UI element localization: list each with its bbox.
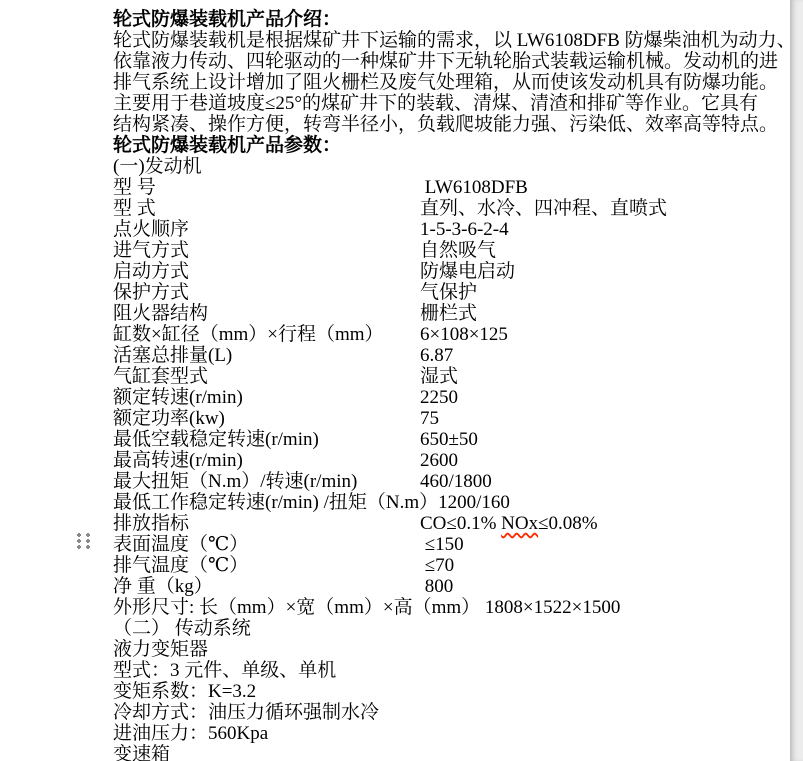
parameter-label: 最大扭矩（N.m）/转速(r/min) — [113, 471, 420, 492]
parameter-value: ≤150 — [420, 534, 464, 555]
parameter-label: 活塞总排量(L) — [113, 345, 420, 366]
parameter-row: 外形尺寸: 长（mm）×宽（mm）×高（mm） 1808×1522×1500 — [113, 597, 783, 618]
parameter-row: 变速箱 — [113, 744, 783, 761]
parameter-row: 排气温度（℃） ≤70 — [113, 555, 783, 576]
parameter-label: 最低空载稳定转速(r/min) — [113, 429, 420, 450]
parameter-row: 额定转速(r/min)2250 — [113, 387, 783, 408]
parameter-row: 保护方式气保护 — [113, 282, 783, 303]
intro-line: 依靠液力传动、四轮驱动的一种煤矿井下无轨轮胎式装载运输机械。发动机的进 — [113, 51, 783, 72]
parameter-label: 额定转速(r/min) — [113, 387, 420, 408]
parameter-value: 650±50 — [420, 429, 478, 450]
parameter-value: 自然吸气 — [420, 240, 496, 261]
parameter-value: 800 — [420, 576, 453, 597]
parameter-value: 6×108×125 — [420, 324, 508, 345]
parameter-row: 阻火器结构栅栏式 — [113, 303, 783, 324]
parameter-label: 点火顺序 — [113, 219, 420, 240]
parameter-label: 进油压力：560Kpa — [113, 723, 420, 744]
parameter-row: 活塞总排量(L)6.87 — [113, 345, 783, 366]
parameter-value: LW6108DFB — [420, 177, 528, 198]
parameter-label: 气缸套型式 — [113, 366, 420, 387]
drag-handle-icon[interactable] — [77, 533, 92, 551]
parameter-label: 最低工作稳定转速(r/min) /扭矩（N.m） — [113, 492, 438, 513]
parameter-value: 湿式 — [420, 366, 458, 387]
parameter-row: 型 式直列、水冷、四冲程、直喷式 — [113, 198, 783, 219]
parameter-label: 额定功率(kw) — [113, 408, 420, 429]
drag-handle-dot — [86, 545, 90, 549]
parameter-value: 75 — [420, 408, 439, 429]
parameter-label: 缸数×缸径（mm）×行程（mm） — [113, 324, 420, 345]
parameter-value: 6.87 — [420, 345, 453, 366]
parameter-row: 型式：3 元件、单级、单机 — [113, 660, 783, 681]
parameter-row: 进气方式自然吸气 — [113, 240, 783, 261]
parameter-value: 1808×1522×1500 — [480, 597, 620, 618]
parameter-row: (一)发动机 — [113, 156, 783, 177]
emission-co-value: CO≤0.1% — [420, 513, 501, 534]
parameter-value: 1-5-3-6-2-4 — [420, 219, 509, 240]
spellcheck-underlined-word: NOx — [501, 513, 538, 534]
parameter-row: 排放指标CO≤0.1% NOx≤0.08% — [113, 513, 783, 534]
parameter-row: 冷却方式：油压力循环强制水冷 — [113, 702, 783, 723]
parameter-label: 变速箱 — [113, 744, 420, 761]
parameter-label: 进气方式 — [113, 240, 420, 261]
drag-handle-dot — [77, 539, 81, 543]
parameter-list: (一)发动机型 号 LW6108DFB型 式直列、水冷、四冲程、直喷式点火顺序1… — [113, 156, 783, 761]
parameter-value: 1200/160 — [438, 492, 510, 513]
parameter-row: 点火顺序1-5-3-6-2-4 — [113, 219, 783, 240]
intro-line: 轮式防爆装载机是根据煤矿井下运输的需求，以 LW6108DFB 防爆柴油机为动力… — [113, 30, 783, 51]
intro-heading: 轮式防爆装载机产品介绍： — [113, 9, 783, 30]
parameter-label: （二） 传动系统 — [113, 618, 420, 639]
parameter-label: 冷却方式：油压力循环强制水冷 — [113, 702, 420, 723]
intro-line: 主要用于巷道坡度≤25°的煤矿井下的装载、清煤、清渣和排矿等作业。它具有 — [113, 93, 783, 114]
parameter-value: 防爆电启动 — [420, 261, 515, 282]
drag-handle-dot — [77, 545, 81, 549]
parameter-label: 排气温度（℃） — [113, 555, 420, 576]
parameter-value: 直列、水冷、四冲程、直喷式 — [420, 198, 667, 219]
drag-handle-dot — [77, 533, 81, 537]
parameter-label: 外形尺寸: 长（mm）×宽（mm）×高（mm） — [113, 597, 480, 618]
document-page: 轮式防爆装载机产品介绍： 轮式防爆装载机是根据煤矿井下运输的需求，以 LW610… — [0, 0, 790, 761]
parameter-row: 表面温度（℃） ≤150 — [113, 534, 783, 555]
document-body: 轮式防爆装载机产品介绍： 轮式防爆装载机是根据煤矿井下运输的需求，以 LW610… — [113, 9, 783, 761]
parameter-value: 气保护 — [420, 282, 477, 303]
parameter-label: 型式：3 元件、单级、单机 — [113, 660, 420, 681]
parameter-label: (一)发动机 — [113, 156, 420, 177]
drag-handle-dot — [86, 539, 90, 543]
parameter-label: 阻火器结构 — [113, 303, 420, 324]
parameters-heading: 轮式防爆装载机产品参数： — [113, 135, 783, 156]
parameter-value: 460/1800 — [420, 471, 492, 492]
parameter-row: 额定功率(kw)75 — [113, 408, 783, 429]
drag-handle-dot — [86, 533, 90, 537]
parameter-row: 最高转速(r/min)2600 — [113, 450, 783, 471]
parameter-label: 表面温度（℃） — [113, 534, 420, 555]
parameter-label: 型 号 — [113, 177, 420, 198]
parameter-label: 保护方式 — [113, 282, 420, 303]
parameter-label: 液力变矩器 — [113, 639, 420, 660]
parameter-label: 变矩系数：K=3.2 — [113, 681, 420, 702]
parameter-row: 缸数×缸径（mm）×行程（mm）6×108×125 — [113, 324, 783, 345]
parameter-row: 型 号 LW6108DFB — [113, 177, 783, 198]
parameter-value: 2250 — [420, 387, 458, 408]
parameter-label: 排放指标 — [113, 513, 420, 534]
scrollbar-track[interactable] — [790, 0, 803, 761]
parameter-label: 最高转速(r/min) — [113, 450, 420, 471]
parameter-value: 栅栏式 — [420, 303, 477, 324]
parameter-row: （二） 传动系统 — [113, 618, 783, 639]
parameter-row: 液力变矩器 — [113, 639, 783, 660]
parameter-row: 启动方式防爆电启动 — [113, 261, 783, 282]
parameter-row: 变矩系数：K=3.2 — [113, 681, 783, 702]
parameter-row: 气缸套型式湿式 — [113, 366, 783, 387]
parameter-label: 净 重（kg） — [113, 576, 420, 597]
parameter-value: CO≤0.1% NOx≤0.08% — [420, 513, 598, 534]
emission-nox-value: ≤0.08% — [538, 513, 598, 534]
parameter-value: ≤70 — [420, 555, 454, 576]
parameter-value: 2600 — [420, 450, 458, 471]
intro-line: 结构紧凑、操作方便，转弯半径小，负载爬坡能力强、污染低、效率高等特点。 — [113, 114, 783, 135]
parameter-row: 净 重（kg） 800 — [113, 576, 783, 597]
parameter-label: 型 式 — [113, 198, 420, 219]
parameter-label: 启动方式 — [113, 261, 420, 282]
parameter-row: 最低工作稳定转速(r/min) /扭矩（N.m）1200/160 — [113, 492, 783, 513]
intro-line: 排气系统上设计增加了阻火栅栏及废气处理箱，从而使该发动机具有防爆功能。 — [113, 72, 783, 93]
parameter-row: 最大扭矩（N.m）/转速(r/min)460/1800 — [113, 471, 783, 492]
parameter-row: 进油压力：560Kpa — [113, 723, 783, 744]
parameter-row: 最低空载稳定转速(r/min)650±50 — [113, 429, 783, 450]
